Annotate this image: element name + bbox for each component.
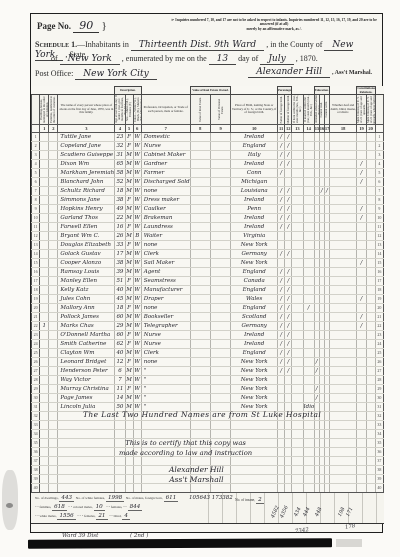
cell-birth: New York (231, 367, 278, 376)
cell-pe (210, 241, 230, 250)
cell-birth (231, 421, 278, 430)
row-number: 11 (32, 223, 40, 232)
cell-c11: / (278, 223, 285, 232)
cell-c13 (292, 475, 303, 484)
cell-c13 (292, 439, 303, 448)
row-number: 18 (32, 286, 40, 295)
cell-col: W (133, 286, 141, 295)
cell-c20 (366, 349, 375, 358)
cell-c11: / (278, 295, 285, 304)
cell-birth: England (231, 142, 278, 151)
cell-c18 (329, 178, 356, 187)
cell-c14 (303, 259, 314, 268)
cell-d (40, 214, 49, 223)
cell-pe (210, 421, 230, 430)
cell-c13 (292, 268, 303, 277)
cell-d (40, 241, 49, 250)
cell-occ: Laundress (141, 223, 190, 232)
cell-col: W (133, 241, 141, 250)
cell-c19: / (357, 214, 366, 223)
cell-pe (210, 376, 230, 385)
cell-c14 (303, 178, 314, 187)
cell-sex: M (125, 349, 133, 358)
cell-re (190, 160, 210, 169)
cell-name: Ramsay Louis (58, 268, 115, 277)
cell-c12: / (285, 277, 292, 286)
cell-c12 (285, 475, 292, 484)
cell-name: Page James (58, 394, 115, 403)
cell-f (49, 196, 58, 205)
cell-age: 22 (115, 214, 125, 223)
cell-c11: / (278, 160, 285, 169)
cell-c18 (329, 259, 356, 268)
cell-name (58, 421, 115, 430)
cell-birth: Canada (231, 277, 278, 286)
cell-d (40, 133, 49, 142)
table-row: 5Markham Jeremiah58MWFarmerConn//5 (32, 169, 384, 178)
instruction-line-1: Inquiries numbered 7, 10, and 17 are not… (175, 18, 377, 26)
cell-c18 (329, 331, 356, 340)
cell-c12 (285, 376, 292, 385)
cell-re (190, 367, 210, 376)
cell-c13 (292, 232, 303, 241)
cell-sex: M (125, 322, 133, 331)
row-number: 5 (32, 169, 40, 178)
white-males-total: 1556 (57, 513, 75, 520)
cell-d (40, 286, 49, 295)
cell-c12: / (285, 268, 292, 277)
cell-c19: / (357, 259, 366, 268)
cell-col: W (133, 205, 141, 214)
signature-block: Alexander Hill Ass't Marshall (169, 465, 224, 485)
cell-col: W (133, 367, 141, 376)
cell-occ: Clerk (141, 349, 190, 358)
cell-occ: " (141, 385, 190, 394)
row-number: 28 (32, 376, 40, 385)
cell-c19: / (357, 160, 366, 169)
column-number: 14 (303, 125, 314, 133)
cell-age: 29 (115, 322, 125, 331)
summary-line-2: " " families, 618 " " colored males, 10 … (35, 504, 142, 510)
cell-c19 (357, 223, 366, 232)
cell-re (190, 349, 210, 358)
cell-c14 (303, 223, 314, 232)
cell-c20 (366, 214, 375, 223)
cell-age: 40 (115, 349, 125, 358)
row-number: 36 (32, 448, 40, 457)
cell-pe (210, 304, 230, 313)
cell-re (190, 232, 210, 241)
cell-pe (210, 133, 230, 142)
cell-c13 (292, 223, 303, 232)
table-row: 17Manley Ellen51FWSeamstressCanada//17 (32, 277, 384, 286)
cell-c20 (366, 268, 375, 277)
row-number: 6 (32, 178, 40, 187)
cell-c11: / (278, 214, 285, 223)
cell-occ: Brakeman (141, 214, 190, 223)
cell-re (190, 151, 210, 160)
col-occupation-header: Profession, Occupation, or Trade of each… (141, 95, 190, 125)
cell-c11 (278, 466, 285, 475)
cell-d (40, 295, 49, 304)
row-number: 9 (375, 205, 383, 214)
cell-d (40, 160, 49, 169)
cell-c11: / (278, 367, 285, 376)
row-number: 18 (375, 286, 383, 295)
cell-d (40, 412, 49, 421)
day-value: 13 (209, 54, 236, 65)
cell-c18 (329, 133, 356, 142)
cell-c18 (329, 160, 356, 169)
row-number: 23 (32, 331, 40, 340)
cell-c11: / (278, 142, 285, 151)
cell-sex: M (125, 178, 133, 187)
summary-band: No. of dwellings, 443 No. of white femal… (31, 492, 384, 524)
cell-c20 (366, 439, 375, 448)
cell-col: W (133, 268, 141, 277)
summary-line-1: No. of dwellings, 443 No. of white femal… (35, 495, 178, 501)
cell-f (49, 439, 58, 448)
cell-f (49, 160, 58, 169)
row-number-header-right (375, 95, 383, 125)
cell-age: 18 (115, 304, 125, 313)
corner-cell (375, 125, 383, 133)
table-row: 18Kelly Katz40MWManufacturerEngland//18 (32, 286, 384, 295)
table-row: 7Schultz Richard18MWnoneLouisiana////7 (32, 187, 384, 196)
cell-name: Way Victor (58, 376, 115, 385)
cell-col: W (133, 259, 141, 268)
table-row: 30Page James14MW"New York/30 (32, 394, 384, 403)
cell-age: 32 (115, 142, 125, 151)
marshal-title: , Ass't Marshal. (332, 70, 372, 76)
cell-re (190, 286, 210, 295)
cell-name (58, 448, 115, 457)
personal-estate-total: 173382 (212, 495, 233, 501)
cell-c13 (292, 259, 303, 268)
cell-c18 (329, 394, 356, 403)
cell-c11: / (278, 313, 285, 322)
table-row: 14Golack Gustav17MWClerkGermany//14 (32, 250, 384, 259)
cell-re (190, 331, 210, 340)
cell-re (190, 358, 210, 367)
cell-c11 (278, 457, 285, 466)
cell-occ: Nurse (141, 340, 190, 349)
cell-c19 (357, 187, 366, 196)
post-office-label: Post Office: (35, 69, 73, 78)
cell-age: 31 (115, 151, 125, 160)
page-no-label: Page No. (37, 21, 71, 31)
cell-f (49, 250, 58, 259)
cell-age (115, 421, 125, 430)
cell-name: Farwell Ellen (58, 223, 115, 232)
cell-re (190, 394, 210, 403)
cell-age: 51 (115, 277, 125, 286)
cell-c13 (292, 295, 303, 304)
table-row: 10Garland Thos22MWBrakemanIreland///10 (32, 214, 384, 223)
cell-c19 (357, 196, 366, 205)
cell-pe (210, 295, 230, 304)
cell-age: 26 (115, 232, 125, 241)
cell-d (40, 421, 49, 430)
estate-value-totals: 105643 173382 (189, 495, 233, 501)
cell-c18 (329, 475, 356, 484)
cell-sex: F (125, 133, 133, 142)
cell-c11: / (278, 304, 285, 313)
cell-f (49, 403, 58, 412)
row-number: 28 (375, 376, 383, 385)
cell-c11 (278, 475, 285, 484)
cell-c12: / (285, 349, 292, 358)
cell-d (40, 403, 49, 412)
cell-re (190, 214, 210, 223)
cell-re (190, 277, 210, 286)
cell-f (49, 394, 58, 403)
cell-sex: M (125, 268, 133, 277)
cell-c19: / (357, 169, 366, 178)
row-number: 25 (375, 349, 383, 358)
cell-c14 (303, 151, 314, 160)
cell-c20 (366, 187, 375, 196)
cell-c13 (292, 133, 303, 142)
column-number: 3 (58, 125, 115, 133)
certify-line-1: This is to certify that this copy was (125, 439, 246, 447)
cell-f (49, 376, 58, 385)
cell-name (58, 475, 115, 484)
cell-birth: Ireland (231, 340, 278, 349)
cell-age: 38 (115, 259, 125, 268)
cell-pe (210, 340, 230, 349)
column-number: 7 (141, 125, 190, 133)
row-number: 27 (375, 367, 383, 376)
row-number: 26 (32, 358, 40, 367)
cell-c18 (329, 421, 356, 430)
cell-c14 (303, 421, 314, 430)
footer-mark-1: 7342 (295, 527, 310, 535)
table-row: 1Tuttle Jane23FWDomesticIreland//1 (32, 133, 384, 142)
table-row: 21Pollock James60MWBooksellerScotland///… (32, 313, 384, 322)
cell-name: Tuttle Jane (58, 133, 115, 142)
corner-cell (32, 125, 40, 133)
cell-c20 (366, 151, 375, 160)
cell-col: W (133, 142, 141, 151)
cell-c20 (366, 205, 375, 214)
cell-name: Dixon Wm (58, 160, 115, 169)
cell-c13 (292, 187, 303, 196)
cell-d (40, 331, 49, 340)
row-number: 3 (32, 151, 40, 160)
cell-c13 (292, 448, 303, 457)
col-birthplace-header: Place of Birth, naming State or Territor… (231, 95, 278, 125)
cell-c14 (303, 250, 314, 259)
cell-c19 (357, 304, 366, 313)
cell-birth: Louisiana (231, 187, 278, 196)
cell-occ: Waiter (141, 232, 190, 241)
cell-c13 (292, 205, 303, 214)
colored-males-total: 10 (94, 504, 105, 511)
cell-c12: / (285, 295, 292, 304)
scan-smudge (6, 503, 13, 508)
cell-c13 (292, 160, 303, 169)
cell-f (49, 277, 58, 286)
row-number: 2 (32, 142, 40, 151)
cell-name: Blanchard John (58, 178, 115, 187)
cell-c11 (278, 376, 285, 385)
cell-re (190, 241, 210, 250)
cell-c14 (303, 295, 314, 304)
column-number: 5 (125, 125, 133, 133)
cell-birth: Ireland (231, 214, 278, 223)
cell-f (49, 214, 58, 223)
cell-col: B (133, 232, 141, 241)
cell-birth: England (231, 286, 278, 295)
cell-birth: England (231, 268, 278, 277)
cell-birth: Ireland (231, 331, 278, 340)
cell-c11: / (278, 268, 285, 277)
table-header: Description. Value of Real Estate Owned.… (32, 87, 384, 125)
table-row: 9Hopkins Henry49MWCaulkerPenn///9 (32, 205, 384, 214)
cell-c19: / (357, 313, 366, 322)
cell-c14 (303, 232, 314, 241)
cell-birth (231, 466, 278, 475)
cell-pe (210, 160, 230, 169)
cell-re (190, 385, 210, 394)
cell-d (40, 385, 49, 394)
column-number: 13 (292, 125, 303, 133)
marshal-name: Alexander Hill (248, 67, 330, 78)
row-number: 13 (375, 241, 383, 250)
cell-occ: none (141, 187, 190, 196)
cell-c14 (303, 385, 314, 394)
cell-c12: / (285, 367, 292, 376)
cell-c20 (366, 412, 375, 421)
row-number: 6 (375, 178, 383, 187)
cell-age: 62 (115, 340, 125, 349)
cell-occ: " (141, 394, 190, 403)
cell-c19 (357, 151, 366, 160)
cell-occ: Farmer (141, 169, 190, 178)
cell-pe (210, 142, 230, 151)
cell-c12 (285, 466, 292, 475)
cell-c13 (292, 304, 303, 313)
cell-c19 (357, 250, 366, 259)
cell-c19 (357, 376, 366, 385)
cell-c18 (329, 448, 356, 457)
group-header-row: Description. Value of Real Estate Owned.… (32, 87, 384, 95)
cell-c20 (366, 160, 375, 169)
cell-c13 (292, 286, 303, 295)
cell-c13 (292, 178, 303, 187)
cell-name: Simmons Jane (58, 196, 115, 205)
cell-c12: / (285, 196, 292, 205)
column-number: 6 (133, 125, 141, 133)
cell-c12: / (285, 187, 292, 196)
cell-c12: / (285, 223, 292, 232)
row-number: 39 (375, 475, 383, 484)
row-number: 24 (375, 340, 383, 349)
cell-occ: Manufacturer (141, 286, 190, 295)
real-estate-total: 105643 (189, 495, 210, 501)
cell-c13 (292, 169, 303, 178)
row-number: 16 (32, 268, 40, 277)
cell-c14 (303, 457, 314, 466)
of-label: of (51, 54, 58, 63)
cell-d (40, 151, 49, 160)
cell-c19 (357, 403, 366, 412)
cell-d (40, 196, 49, 205)
cell-age: 40 (115, 286, 125, 295)
cell-sex: M (125, 259, 133, 268)
cell-c11: / (278, 358, 285, 367)
cell-col: W (133, 313, 141, 322)
cell-f (49, 187, 58, 196)
cell-c14 (303, 313, 314, 322)
cell-c14 (303, 358, 314, 367)
cell-d (40, 250, 49, 259)
row-number: 32 (32, 412, 40, 421)
cell-c18 (329, 439, 356, 448)
cell-re (190, 223, 210, 232)
cell-occ: Cabinet Maker (141, 151, 190, 160)
cell-c18 (329, 430, 356, 439)
cell-c14 (303, 241, 314, 250)
schedule-label: Schedule 1. (35, 40, 77, 49)
row-number: 31 (32, 403, 40, 412)
post-office-line: Post Office: New York City Alexander Hil… (35, 69, 378, 79)
row-number: 10 (375, 214, 383, 223)
cell-c11 (278, 394, 285, 403)
table-row: 28Way Victor7MW"New York28 (32, 376, 384, 385)
group-parentage: Parentage. (278, 87, 292, 95)
cell-age: 6 (115, 367, 125, 376)
summary-line-3: " " white males, 1556 " " " females, 21 … (35, 513, 130, 519)
cell-re (190, 178, 210, 187)
cell-occ: Domestic (141, 133, 190, 142)
cell-d (40, 205, 49, 214)
cell-name: Marks Chas (58, 322, 115, 331)
cell-pe (210, 187, 230, 196)
row-number: 1 (32, 133, 40, 142)
cell-c19 (357, 394, 366, 403)
cell-c20 (366, 241, 375, 250)
cell-c20 (366, 367, 375, 376)
cell-c19 (357, 241, 366, 250)
column-number-row: 1234567891011121314151617181920 (32, 125, 384, 133)
row-number: 14 (32, 250, 40, 259)
cell-name: Markham Jeremiah (58, 169, 115, 178)
table-row: 12Bryant Wm C.26MBWaiterVirginia12 (32, 232, 384, 241)
cell-pe (210, 169, 230, 178)
cell-d (40, 457, 49, 466)
row-number: 3 (375, 151, 383, 160)
cell-d (40, 439, 49, 448)
cell-c20 (366, 430, 375, 439)
cell-c14 (303, 268, 314, 277)
cell-c20 (366, 376, 375, 385)
column-number: 10 (231, 125, 278, 133)
cell-occ: none (141, 241, 190, 250)
post-office-value: New York City (75, 69, 156, 80)
row-number: 21 (32, 313, 40, 322)
cell-age: 60 (115, 331, 125, 340)
cell-col: W (133, 214, 141, 223)
cell-sex: M (125, 232, 133, 241)
cell-birth: England (231, 304, 278, 313)
cell-c12: / (285, 358, 292, 367)
cell-col: W (133, 133, 141, 142)
col-male-citizen-header: Male Citizens of U. S. of 21 years of ag… (357, 95, 366, 125)
cell-c20 (366, 457, 375, 466)
cell-c20 (366, 358, 375, 367)
